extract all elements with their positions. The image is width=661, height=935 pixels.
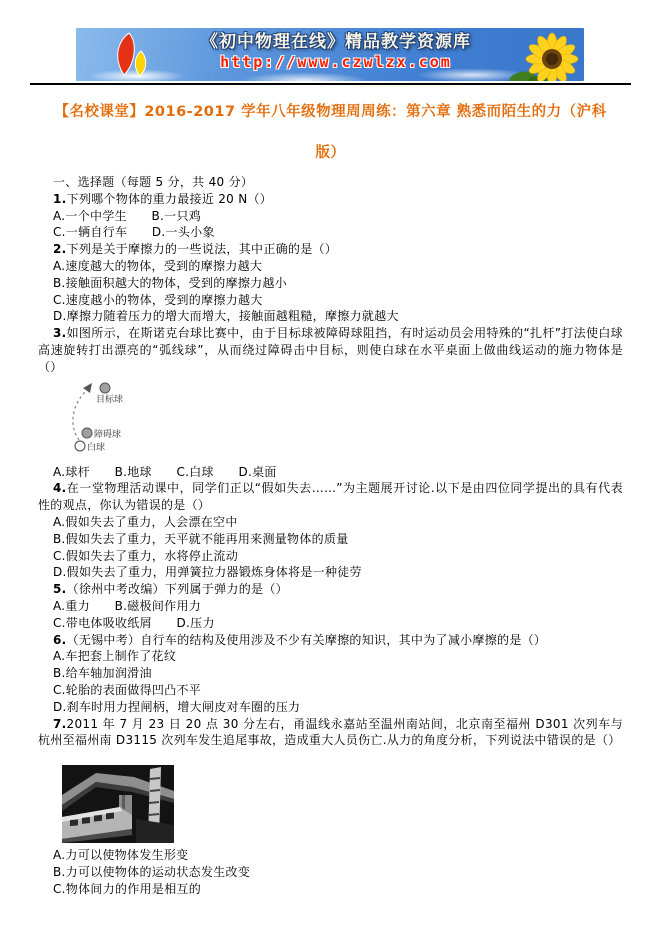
question-6-option-d: D.刹车时用力捏闸柄，增大闸皮对车圈的压力: [38, 699, 623, 716]
question-6-option-a: A.车把套上制作了花纹: [38, 648, 623, 665]
physics-online-logo-icon: [108, 31, 158, 78]
question-1-options-cd: C.一辆自行车 D.一头小象: [38, 224, 623, 241]
question-1-stem: 1.下列哪个物体的重力最接近 20 N（）: [38, 191, 623, 208]
section-heading: 一、选择题（每题 5 分，共 40 分）: [38, 174, 623, 191]
question-7-stem: 7.2011 年 7 月 23 日 20 点 30 分左右，甬温线永嘉站至温州南…: [38, 716, 623, 750]
question-2-stem: 2.下列是关于摩擦力的一些说法，其中正确的是（）: [38, 241, 623, 258]
site-banner: 《初中物理在线》精品教学资源库 http://www.czwlzx.com: [76, 28, 584, 81]
question-4-stem: 4.在一堂物理活动课中，同学们正以“假如失去……”为主题展开讨论.以下是由四位同…: [38, 480, 623, 514]
cue-ball-label: 白球: [87, 441, 105, 453]
question-6-number: 6.: [53, 633, 67, 647]
question-2-option-c: C.速度越小的物体，受到的摩擦力越大: [38, 292, 623, 309]
document-body: 一、选择题（每题 5 分，共 40 分） 1.下列哪个物体的重力最接近 20 N…: [38, 174, 623, 898]
question-1-options-ab: A.一个中学生 B.一只鸡: [38, 208, 623, 225]
question-7-option-b: B.力可以使物体的运动状态发生改变: [38, 864, 623, 881]
target-ball-label: 目标球: [96, 393, 123, 405]
question-3-stem: 3.如图所示，在斯诺克台球比赛中，由于目标球被障碍球阻挡，有时运动员会用特殊的“…: [38, 325, 623, 375]
question-5-number: 5.: [53, 582, 67, 596]
question-6-option-c: C.轮胎的表面做得凹凸不平: [38, 682, 623, 699]
question-7-option-c: C.物体间力的作用是相互的: [38, 881, 623, 898]
banner-site-title: 《初中物理在线》精品教学资源库: [166, 32, 506, 53]
question-4-option-a: A.假如失去了重力，人会漂在空中: [38, 514, 623, 531]
question-4-option-d: D.假如失去了重力，用弹簧拉力器锻炼身体将是一种徒劳: [38, 564, 623, 581]
obstacle-ball-label: 障碍球: [94, 428, 121, 440]
billiards-figure: 目标球 障碍球 白球: [58, 380, 623, 464]
question-6-stem: 6.（无锡中考）自行车的结构及使用涉及不少有关摩擦的知识，其中为了减小摩擦的是（…: [38, 632, 623, 649]
question-4-option-b: B.假如失去了重力，天平就不能再用来测量物体的质量: [38, 531, 623, 548]
document-title: 【名校课堂】2016-2017 学年八年级物理周周练：第六章 熟悉而陌生的力（沪…: [0, 92, 661, 174]
train-wreck-photo: [62, 765, 623, 843]
question-3-number: 3.: [53, 326, 67, 340]
banner-site-url[interactable]: http://www.czwlzx.com: [166, 53, 506, 72]
arrowhead-icon: [83, 383, 92, 393]
question-4-number: 4.: [53, 481, 67, 495]
target-ball-icon: [100, 383, 110, 393]
question-2-number: 2.: [53, 242, 67, 256]
question-7-number: 7.: [53, 717, 67, 731]
question-7-option-a: A.力可以使物体发生形变: [38, 847, 623, 864]
question-6-option-b: B.给车轴加润滑油: [38, 665, 623, 682]
document-title-line2: 版）: [0, 133, 661, 174]
header-divider-line: [30, 83, 631, 85]
question-2-option-a: A.速度越大的物体，受到的摩擦力越大: [38, 258, 623, 275]
cue-ball-icon: [75, 441, 85, 451]
question-5-stem: 5.（徐州中考改编）下列属于弹力的是（）: [38, 581, 623, 598]
question-1-number: 1.: [53, 192, 67, 206]
question-3-options: A.球杆 B.地球 C.白球 D.桌面: [38, 464, 623, 481]
question-5-options-ab: A.重力 B.磁极间作用力: [38, 598, 623, 615]
document-title-line1: 【名校课堂】2016-2017 学年八年级物理周周练：第六章 熟悉而陌生的力（沪…: [0, 92, 661, 133]
obstacle-ball-icon: [82, 428, 92, 438]
question-2-option-d: D.摩擦力随着压力的增大而增大，接触面越粗糙，摩擦力就越大: [38, 308, 623, 325]
question-4-option-c: C.假如失去了重力，水将停止流动: [38, 548, 623, 565]
question-2-option-b: B.接触面积越大的物体，受到的摩擦力越小: [38, 275, 623, 292]
sunflower-icon: [508, 32, 580, 81]
question-5-options-cd: C.带电体吸收纸屑 D.压力: [38, 615, 623, 632]
